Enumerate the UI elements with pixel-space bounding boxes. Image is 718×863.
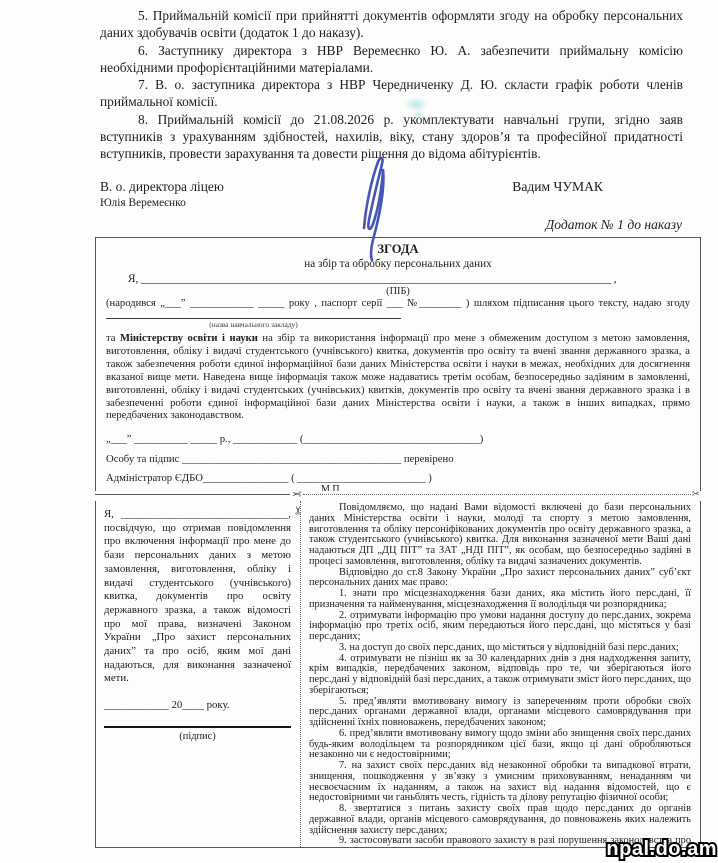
consent-form-box: ЗГОДА на збір та обробку персональних да… (95, 237, 701, 491)
right-item: 5. пред’являти вмотивовану вимогу із зап… (309, 697, 691, 729)
verify-blank-line: Особу та підпис ________________________… (106, 453, 690, 465)
form-subtitle: на збір та обробку персональних даних (106, 258, 690, 270)
cut-line-dotted-segment (303, 494, 690, 495)
consent-body-ministry: Міністерству освіти і науки (120, 333, 258, 344)
edbo-admin-blank-line: Адміністратор ЄДБО________________ ( ___… (106, 472, 690, 484)
right-item: 6. пред’являти вмотивовану вимогу щодо з… (309, 729, 691, 761)
signer-position: В. о. директора ліцею (100, 179, 224, 195)
right-item: 1. знати про місцезнаходження бази даних… (309, 589, 691, 611)
school-blank-line (106, 309, 401, 319)
order-item: 5. Приймальній комісії при прийнятті док… (100, 7, 683, 42)
form-title: ЗГОДА (106, 242, 690, 257)
acknowledgement-paragraph: Я, _______________________________, посв… (104, 508, 291, 686)
right-item: 7. на захист своїх перс.даних від незако… (309, 761, 691, 804)
right-item: 2. отримувати інформацію про умови надан… (309, 611, 691, 643)
scan-ink-smudge (412, 110, 426, 119)
name-blank-line: Я, _____________________________________… (128, 273, 690, 285)
scissors-icon: ✂ (691, 490, 701, 500)
consent-body-paragraph: та Міністерству освіти і науки на збір т… (106, 333, 690, 423)
cut-here-line: ✂ ✂ (95, 488, 701, 501)
consent-body-rest: на збір та використання інформації про м… (106, 333, 690, 421)
consent-body-prefix: та (106, 333, 120, 344)
notice-left-column: Я, _______________________________, посв… (96, 501, 301, 847)
passport-blank-line: (народився „___” ____________ _____ року… (106, 298, 690, 309)
order-item: 6. Заступнику директора з НВР Веремеєнко… (100, 42, 683, 77)
right-item: 8. звертатися з питань захисту своїх пра… (309, 804, 691, 836)
right-item: 4. отримувати не пізніш як за 30 календа… (309, 654, 691, 697)
scanned-document-page: 5. Приймальній комісії при прийнятті док… (0, 0, 718, 863)
date-blank-line: ____________ 20____ року. (104, 699, 291, 711)
signature-rule (104, 726, 291, 728)
site-watermark: npal.do.am (606, 838, 717, 861)
right-item: 3. на доступ до своїх перс.даних, що міс… (309, 643, 691, 654)
appendix-label: Додаток № 1 до наказу (546, 217, 682, 233)
signer-name-secondary: Юлія Веремеєнко (100, 197, 224, 209)
form-date-blank-line: „___” __________ _____ р., ____________ … (106, 433, 690, 445)
notice-law-reference: Відповідно до ст.8 Закону України „Про з… (309, 568, 691, 590)
notice-two-column-box: ✂ Я, _______________________________, по… (95, 501, 701, 848)
scissors-icon: ✂ (290, 489, 303, 500)
notice-intro-paragraph: Повідомляємо, що надані Вами відомості в… (309, 503, 691, 568)
notice-right-column: Повідомляємо, що надані Вами відомості в… (301, 501, 700, 847)
order-items-section: 5. Приймальній комісії при прийнятті док… (100, 7, 683, 163)
signature-caption: (підпис) (104, 731, 291, 742)
cut-line-solid-segment (95, 494, 290, 495)
order-item: 7. В. о. заступника директора з НВР Чере… (100, 76, 683, 111)
signer-name-primary: Вадим ЧУМАК (512, 179, 603, 209)
pib-caption: (ПІБ) (106, 286, 690, 297)
signer-left: В. о. директора ліцею Юлія Веремеєнко (100, 179, 224, 209)
school-caption: (назва навчального закладу) (106, 320, 401, 329)
